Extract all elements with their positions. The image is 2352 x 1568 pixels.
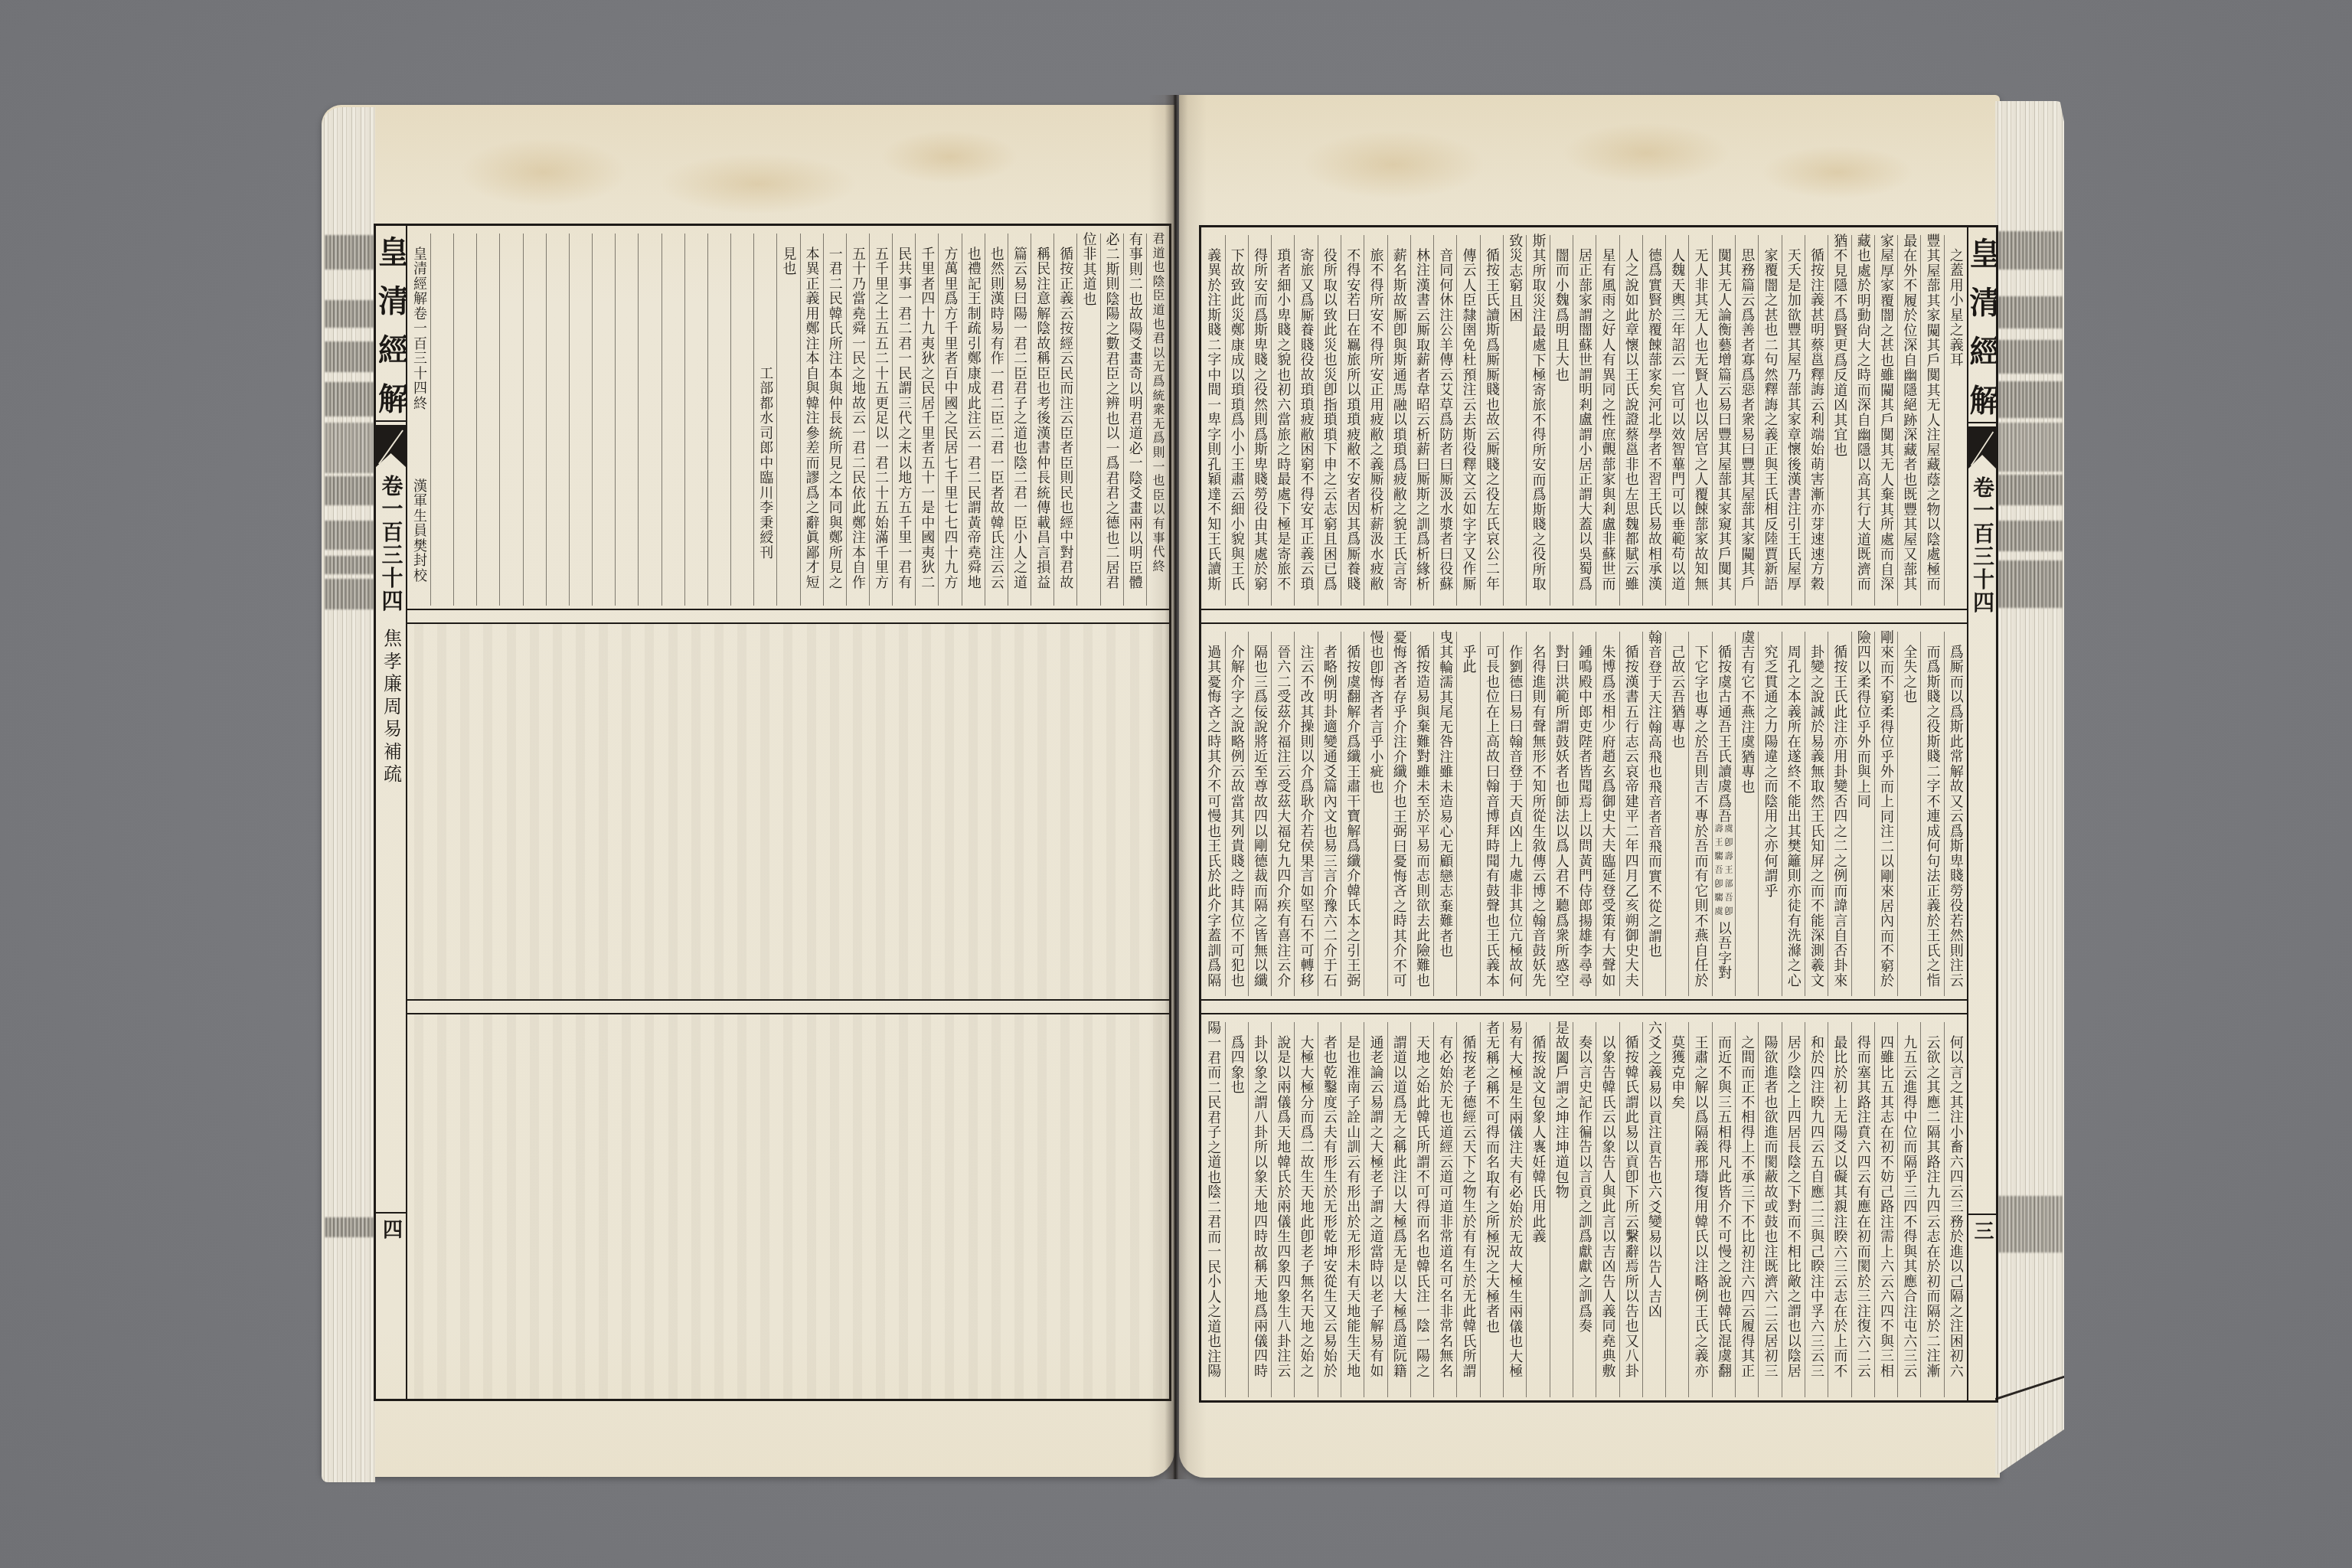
column-text: 作劉德曰易曰翰音登于天貞凶上九處非其位亢極故何 (1508, 645, 1521, 988)
left-page-lower-register-blank (407, 1013, 1169, 1399)
text-column: 皇清經解卷一百三十四終 漢軍生員樊封校 (407, 226, 430, 609)
column-text: 致災志窮且困 (1508, 234, 1521, 323)
text-column (661, 226, 684, 609)
text-column: 循按說文包象人褢妊韓氏用此義 (1526, 1014, 1549, 1400)
column-text: 傳云人臣隸圉免杜預注云去斯役釋文云如字字又作厮 (1462, 248, 1475, 592)
text-column: 天夭是加欲豐其屋乃蔀其家章懷後漢書注引王氏屋厚 (1782, 227, 1805, 609)
column-text: 斯其所取災注最處下極寄旅不得所安而爲斯賤之役所取 (1531, 234, 1545, 592)
column-text: 循按注義甚明蔡邕釋誨云利端始萌害漸亦芽速速方穀 (1809, 248, 1823, 592)
text-column: 大極大極分而爲二故生天地此卽老子無名天地之始之 (1294, 1014, 1317, 1400)
column-text: 循按虞翻解介爲纖王肅干寶解爲纖介韓氏本之引王弼 (1345, 645, 1359, 988)
text-column: 瑣者細小卑賤之貌也初六當旅之時最處下極是寄旅不 (1271, 227, 1294, 609)
text-column: 循按正義云按經云民而注云臣者臣則民也經中對君故 (1053, 226, 1076, 609)
column-text: 循按虞古通吾王氏讀虞爲吾 (1717, 645, 1730, 824)
text-column: 得而塞其路注賁六四云有應在初而閡於三注復六二云 (1851, 1014, 1874, 1400)
text-column: 家屋厚家覆闇之甚也雖闚其戶闃其无人棄其所處而自深 (1874, 227, 1897, 609)
text-column: 卦變之說誠於易義無取然王氏知屏之而不能深測羲文 (1805, 624, 1828, 999)
text-column: 循按造易與棄難對雖未至於平易而志則欲去此險難也 (1410, 624, 1433, 999)
column-text: 爲厮而以爲斯此常解故又云爲斯卑賤勞役若然則注云 (1949, 645, 1962, 988)
right-page-middle-columns: 爲厮而以爲斯此常解故又云爲斯卑賤勞役若然則注云 而爲斯賤之役斯賤二字不連成何句法… (1201, 624, 1967, 999)
text-column: 稱民注意解陰故稱臣也考後漢書仲長統傳載昌言損益 (1031, 226, 1053, 609)
text-column: 是也淮南子詮山訓云有形出於无形未有天地能生天地 (1341, 1014, 1364, 1400)
text-column: 最在外不履於位深自幽隱絕跡深藏者也既豐其屋又蔀其 (1897, 227, 1920, 609)
text-column: 位非其道也 (1076, 226, 1099, 609)
text-column (707, 226, 730, 609)
column-text: 五十乃當堯舜一民之地故云一君二民依此鄭注本自作 (851, 247, 864, 590)
text-column: 義異於注斯賤二字中間一卑字則孔穎達不知王氏讀斯 (1201, 227, 1224, 609)
column-text: 易有大極是生兩儀注夫有必始於无故大極生兩儀也大極 (1508, 1021, 1521, 1379)
left-page-center-strip: 皇清經解 卷一百三十四 焦孝廉周易補疏 四 (376, 226, 407, 1399)
column-text: 家屋厚家覆闇之甚也雖闚其戶闃其无人棄其所處而自深 (1879, 234, 1893, 592)
column-text: 寄旅又爲厮養賤役故瑣瑣疲敝困窮不得安耳正義云瑣 (1299, 248, 1313, 592)
column-text: 鍾鳴殿中郎吏陛者皆聞焉上以問黃門侍郎揚雄李尋尋 (1577, 645, 1591, 988)
text-column: 者也乾鑿度云夫有形生於无形乾坤安從生又云易始於 (1318, 1014, 1341, 1400)
column-text: 人魏天輿三年詔云一官可以效智蓽門可以垂範苟以道 (1670, 248, 1684, 592)
text-column: 朱博爲丞相少府趙玄爲御史大夫臨延登受策有大聲如 (1596, 624, 1619, 999)
column-text: 介解介字之說略例云故當其列貴賤之時其位不可犯也 (1230, 645, 1243, 988)
text-column: 旅不得所安不得所安正用疲敝之義厮役析薪汲水疲敝 (1364, 227, 1387, 609)
column-text: 四雖比五其志在初不妨己路注需上六云六四不與三相 (1879, 1035, 1893, 1379)
column-text: 是故闔戶謂之坤注坤道包物 (1554, 1021, 1568, 1200)
column-text-lower: 漢軍生員樊封校 (412, 479, 426, 583)
page-edge-ink-bleed (1999, 231, 2062, 269)
page-number-rule (376, 1212, 406, 1214)
text-column: 工部都水司郎中臨川李秉綬刊 (753, 226, 776, 609)
text-column: 下它字也專之於吾則吉不專於吾而有它則不燕自任於 (1688, 624, 1711, 999)
text-column: 說是以兩儀爲天地韓氏於兩儀生四象四象生八卦注云 (1271, 1014, 1294, 1400)
page-edge-ink-bleed (325, 521, 373, 550)
page-edge-ink-bleed (325, 476, 373, 505)
text-column: 名得進則有聲無形不知所從生敘傳云博之翰音鼓妖先 (1526, 624, 1549, 999)
page-edge-ink-bleed (325, 235, 373, 269)
page-edge-ink-bleed (325, 382, 373, 416)
paper-stain (1562, 122, 1730, 184)
column-text: 過其憂悔吝之時其介不可慢也王氏於此介字蓋訓爲隔 (1206, 645, 1220, 988)
work-title-wrap: 焦孝廉周易補疏 (376, 629, 406, 787)
column-text: 和於四注睽九四云五自應二三與己睽注中孚六三云三 (1809, 1035, 1823, 1379)
column-text: 隔也三爲佞說將近至尊故四以剛德裁而隔之皆無以纖 (1253, 645, 1266, 988)
text-column: 四雖比五其志在初不妨己路注需上六云六四不與三相 (1874, 1014, 1897, 1400)
text-column: 薪名斯故厮卽與斯通馬融以瑣瑣爲疲敝之貌王氏言寄 (1387, 227, 1410, 609)
page-number-wrap: 四 (376, 1219, 406, 1239)
text-column: 易有大極是生兩儀注夫有必始於无故大極生兩儀也大極 (1503, 1014, 1526, 1400)
page-edge-ink-bleed (325, 1217, 373, 1237)
column-text: 也然則漢時易有作一君二臣二君一臣者故韓氏注云云 (989, 247, 1003, 590)
left-page-middle-register-blank (407, 622, 1169, 1001)
book-title: 皇清經解 (376, 236, 407, 432)
page-edge-ink-bleed (1999, 423, 2062, 472)
column-text: 卦變之說誠於易義無取然王氏知屏之而不能深測羲文 (1809, 645, 1823, 988)
text-column: 六爻之義易以貢注貢告也六爻變易以告人吉凶 (1642, 1014, 1665, 1400)
column-text: 全失之也 (1902, 645, 1916, 704)
text-column: 得所安而爲斯卑賤之役然則爲斯卑賤勞役由其處於窮 (1248, 227, 1271, 609)
volume-label-wrap: 卷一百三十四 (376, 475, 406, 612)
column-text: 而近不與三五相得凡此皆介不可慢之說也韓氏混虞翻 (1717, 1035, 1730, 1379)
column-text: 循按漢書五行志云哀帝建平二年四月乙亥朔御史大夫 (1624, 645, 1638, 988)
text-column: 九五云進得中位而隔乎三四不得與其應合注屯六三云 (1897, 1014, 1920, 1400)
volume-label: 卷一百三十四 (1971, 476, 1993, 614)
right-page-upper-register: 之蓋用小星之義耳 豐其屋蔀其家闚其戶闃其无人注屋藏蔭之物以陰處極而 最在外不履於… (1201, 227, 1967, 610)
volume-label-wrap: 卷一百三十四 (1968, 476, 1996, 614)
column-text: 居少陰之上四居長陰之下對而不相比敵之謂也以陰居 (1786, 1035, 1800, 1379)
text-column: 乎此 (1456, 624, 1479, 999)
column-text: 奏以言史記作徧告以言貢之訓爲獻獻之訓爲奏 (1577, 1035, 1591, 1334)
column-text: 本異正義用鄭注本自與韓注參差而謬爲之辭眞鄙才短 (805, 247, 818, 590)
column-text: 險四以柔得位乎外而與上同 (1856, 630, 1870, 809)
column-text: 豐其屋蔀其家闚其戶闃其无人注屋藏蔭之物以陰處極而 (1926, 234, 1939, 592)
text-column: 剛來而不窮柔得位乎外而上同注二以剛來居內而不窮於 (1874, 624, 1897, 999)
text-column: 林注漢書云厮取薪者韋昭云析薪曰厮斯之訓爲析緣析 (1410, 227, 1433, 609)
column-text: 者略例明卦適變通爻篇內文也易三言介豫六二介于石 (1322, 645, 1336, 988)
column-text: 有事則二也故陽爻畫奇以明君道必一陰爻畫兩以明臣體 (1128, 232, 1142, 590)
column-text: 陽一君而二民君子之道也陰二君而一民小人之道也注陽 (1206, 1021, 1220, 1379)
page-edge-ink-bleed (1999, 560, 2062, 608)
text-column: 居少陰之上四居長陰之下對而不相比敵之謂也以陰居 (1782, 1014, 1805, 1400)
page-edge-ink-bleed (1999, 475, 2062, 505)
text-column (569, 226, 592, 609)
text-column: 而爲斯賤之役斯賤二字不連成何句法正義於王氏之恉 (1920, 624, 1943, 999)
page-edge-ink-bleed (325, 556, 373, 574)
text-column: 之蓋用小星之義耳 (1944, 227, 1967, 609)
text-column: 循按虞翻解介爲纖王肅干寶解爲纖介韓氏本之引王弼 (1341, 624, 1364, 999)
column-text: 乎此 (1462, 645, 1475, 675)
column-text: 千里者四十九夷狄之民居千里者五十一是中國夷狄二 (920, 247, 933, 590)
text-column: 循按老子德經云天下之物生於有有生於无此韓氏所謂 (1456, 1014, 1479, 1400)
text-column (453, 226, 476, 609)
page-edge-ink-bleed (325, 341, 373, 372)
text-column: 翰音登于天注翰高飛也飛音者音飛而實不從之謂也 (1642, 624, 1665, 999)
column-text: 闃其无人論衡藝增篇云易曰豐其屋蔀其家窺其戶闃其 (1717, 248, 1730, 592)
column-text: 究乏貫通之力陽違之而陰用之亦何謂乎 (1762, 645, 1776, 899)
text-column: 周孔之本義所在遂終不能出其樊籬則亦徒有洗滌之心 (1782, 624, 1805, 999)
column-text: 以象告韓氏云以象告人與此言以吉凶告人義同堯典敷 (1600, 1035, 1614, 1379)
column-text: 得而塞其路注賁六四云有應在初而閡於三注復六二云 (1856, 1035, 1870, 1379)
column-text: 慢也卽悔吝者言乎小疵也 (1368, 630, 1382, 795)
text-column: 致災志窮且困 (1503, 227, 1526, 609)
text-column: 陽欲進者也欲進而閡蔽故或鼓也注既濟六二云居初三 (1758, 1014, 1781, 1400)
text-column: 介解介字之說略例云故當其列貴賤之時其位不可犯也 (1225, 624, 1248, 999)
column-text: 剛來而不窮柔得位乎外而上同注二以剛來居內而不窮於 (1879, 630, 1893, 988)
text-column: 云欲之其應二隔其路注九四云志在於初而隔於二注漸 (1920, 1014, 1943, 1400)
text-column: 己故云吾猶專也 (1665, 624, 1688, 999)
text-column (476, 226, 499, 609)
column-text-continued: 以吾字對 (1717, 921, 1730, 981)
text-column: 方萬里爲方千里者百中國之民居七千里七七四十九方 (938, 226, 961, 609)
column-text: 循按造易與棄難對雖未至於平易而志則欲去此險難也 (1415, 645, 1429, 988)
column-text: 可長也位在上高故曰翰音博拜時聞有鼓聲也王氏義本 (1485, 645, 1498, 988)
paper-stain (1302, 130, 1485, 199)
column-text: 篇云易曰陽一君二臣君子之道也陰二君一臣小人之道 (1012, 247, 1026, 590)
column-text: 役所取以致此災也災卽指瑣瑣下申之云志窮且困已爲 (1322, 248, 1336, 592)
text-column: 也禮記王制疏引鄭康成此注云一君二民謂黃帝堯舜地 (962, 226, 985, 609)
column-text: 居正蔀家謂闇蘇世謂明剎盧謂小居正謂大蓋以吳蜀爲 (1577, 248, 1591, 592)
fishtail-mark-icon (376, 420, 406, 475)
right-page-upper-columns: 之蓋用小星之義耳 豐其屋蔀其家闚其戶闃其无人注屋藏蔭之物以陰處極而 最在外不履於… (1201, 227, 1967, 609)
column-text: 稱民注意解陰故稱臣也考後漢書仲長統傳載昌言損益 (1035, 247, 1049, 590)
page-number-rule (1968, 1214, 1996, 1215)
column-text: 名得進則有聲無形不知所從生敘傳云博之翰音鼓妖先 (1531, 645, 1545, 988)
photo-backdrop: 皇清經解 卷一百三十四 焦孝廉周易補疏 四 君道也陰臣道也君以无爲統衆无爲則一也… (0, 0, 2352, 1568)
column-text: 一君二民韓氏所注本與仲長統所見之本同與鄭所見之 (828, 247, 841, 590)
column-text: 瑣者細小卑賤之貌也初六當旅之時最處下極是寄旅不 (1276, 248, 1289, 592)
text-column: 星有風雨之好人有異同之性庶覿蔀家與剎盧非蘇世而 (1596, 227, 1619, 609)
text-column: 莫獲克申矣 (1665, 1014, 1688, 1400)
text-column: 慢也卽悔吝者言乎小疵也 (1364, 624, 1387, 999)
text-column: 鍾鳴殿中郎吏陛者皆聞焉上以問黃門侍郎揚雄李尋尋 (1573, 624, 1596, 999)
column-text: 九五云進得中位而隔乎三四不得與其應合注屯六三云 (1902, 1035, 1916, 1379)
text-column: 曳其輪濡其尾无咎注雖未造易心无顧戀志棄難者也 (1433, 624, 1456, 999)
column-text: 是也淮南子詮山訓云有形出於无形未有天地能生天地 (1345, 1035, 1359, 1379)
column-text: 薪名斯故厮卽與斯通馬融以瑣瑣爲疲敝之貌王氏言寄 (1392, 248, 1406, 592)
column-text: 民共事一君二君一民謂三代之末以地方五千里一君有 (897, 247, 910, 590)
text-column: 藏也處於明動尙大之時而深自幽隱以高其行大道既濟而 (1851, 227, 1874, 609)
text-column: 虞吉有它不燕注虞猶專也 (1735, 624, 1758, 999)
column-text: 說是以兩儀爲天地韓氏於兩儀生四象四象生八卦注云 (1276, 1035, 1289, 1379)
column-text: 音同何休注公羊傳云艾草爲防者曰厮汲水漿者曰役蘇 (1438, 248, 1452, 592)
text-column: 隔也三爲佞說將近至尊故四以剛德裁而隔之皆無以纖 (1248, 624, 1271, 999)
text-column (684, 226, 707, 609)
text-column: 豐其屋蔀其家闚其戶闃其无人注屋藏蔭之物以陰處極而 (1920, 227, 1943, 609)
column-text: 家覆闇之甚也二句然釋誨之義正與王氏相反陸賈新語 (1762, 248, 1776, 592)
text-column: 五十乃當堯舜一民之地故云一君二民依此鄭注本自作 (846, 226, 869, 609)
column-text: 王肅之解以爲隔義邢璹復用韓氏以注略例王氏之義亦 (1694, 1035, 1707, 1379)
fishtail-mark-icon (1968, 421, 1996, 476)
column-text: 循按王氏此注亦用卦變否四之二之例而諱言自否卦來 (1832, 645, 1846, 988)
text-column: 見也 (776, 226, 799, 609)
column-text: 通老論云易謂之大極老子謂之道當時以老子解易有如 (1368, 1035, 1382, 1379)
text-column: 注云不改其操則以介爲耿介若侯果言如堅石不可轉移 (1294, 624, 1317, 999)
column-text: 循按老子德經云天下之物生於有有生於无此韓氏所謂 (1462, 1035, 1475, 1379)
text-column: 可長也位在上高故曰翰音博拜時聞有鼓聲也王氏義本 (1480, 624, 1503, 999)
column-text: 循按正義云按經云民而注云臣者臣則民也經中對君故 (1058, 247, 1072, 590)
text-column: 循按虞古通吾王氏讀虞爲吾 虞卽壽王部吾卽壽王騶吾卽騶虞 以吾字對 (1712, 624, 1735, 999)
column-text: 五千里之土五五二十五更足以一君二十五始滿千里方 (874, 247, 887, 590)
column-text: 得所安而爲斯卑賤之役然則爲斯卑賤勞役由其處於窮 (1253, 248, 1266, 592)
text-column: 謂道以道爲无之稱此注以大極爲无是以大極爲道阮籍 (1387, 1014, 1410, 1400)
text-column: 闇而小魏爲明且大也 (1550, 227, 1573, 609)
text-column: 居正蔀家謂闇蘇世謂明剎盧謂小居正謂大蓋以吳蜀爲 (1573, 227, 1596, 609)
column-text: 翰音登于天注翰高飛也飛音者音飛而實不從之謂也 (1647, 630, 1661, 959)
column-text: 循按王氏讀斯爲厮厮賤也故云厮賤之役左氏哀公二年 (1485, 248, 1498, 592)
column-text: 皇清經解卷一百三十四終 (412, 247, 426, 411)
column-text: 位非其道也 (1081, 232, 1095, 307)
text-column: 奏以言史記作徧告以言貢之訓爲獻獻之訓爲奏 (1573, 1014, 1596, 1400)
column-text: 循按韓氏謂此易以貢卽下所云繫辭焉所以告也又八卦 (1624, 1035, 1638, 1379)
text-column: 之間而正不相得上不承三下不比初注六四云履得其正 (1735, 1014, 1758, 1400)
column-text: 云欲之其應二隔其路注九四云志在於初而隔於二注漸 (1926, 1035, 1939, 1379)
text-column: 斯其所取災注最處下極寄旅不得所安而爲斯賤之役所取 (1526, 227, 1549, 609)
text-column: 民共事一君二君一民謂三代之末以地方五千里一君有 (892, 226, 915, 609)
paper-stain (658, 153, 857, 214)
column-text: 陽欲進者也欲進而閡蔽故或鼓也注既濟六二云居初三 (1762, 1035, 1776, 1379)
work-title: 焦孝廉周易補疏 (382, 629, 400, 787)
text-column: 和於四注睽九四云五自應二三與己睽注中孚六三云三 (1805, 1014, 1828, 1400)
paper-stain (1761, 145, 1914, 199)
column-text: 不得安若曰在羈旅所以瑣瑣疲敝不安者因其爲厮養賤 (1345, 248, 1359, 592)
page-edge-ink-bleed (1999, 1196, 2062, 1253)
text-column: 通老論云易謂之大極老子謂之道當時以老子解易有如 (1364, 1014, 1387, 1400)
page-edge-ink-bleed (1999, 340, 2062, 374)
text-column: 本異正義用鄭注本自與韓注參差而謬爲之辭眞鄙才短 (800, 226, 823, 609)
text-column: 王肅之解以爲隔義邢璹復用韓氏以注略例王氏之義亦 (1688, 1014, 1711, 1400)
text-column: 憂悔吝者存乎介注介纖介也王弼曰憂悔吝之時其介不可 (1387, 624, 1410, 999)
right-page-center-strip: 皇清經解 卷一百三十四 三 (1967, 227, 1996, 1400)
text-column: 傳云人臣隸圉免杜預注云去斯役釋文云如字字又作厮 (1456, 227, 1479, 609)
left-page-edges (322, 107, 375, 1482)
column-text: 者也乾鑿度云夫有形生於无形乾坤安從生又云易始於 (1322, 1035, 1336, 1379)
column-text: 藏也處於明動尙大之時而深自幽隱以高其行大道既濟而 (1856, 234, 1870, 592)
column-text: 見也 (781, 247, 795, 276)
text-column: 天地之始此韓氏所謂不可得而名也韓氏注一陰一陽之 (1410, 1014, 1433, 1400)
text-column: 循按韓氏謂此易以貢卽下所云繫辭焉所以告也又八卦 (1619, 1014, 1642, 1400)
column-text: 大極大極分而爲二故生天地此卽老子無名天地之始之 (1299, 1035, 1313, 1379)
column-text: 下故致此災鄭康成以瑣瑣爲小小王肅云細小貌與王氏 (1230, 248, 1243, 592)
text-column: 人之說如此章懷以王氏說證蔡邕非也左思魏都賦云雖 (1619, 227, 1642, 609)
column-text: 對曰洪範所謂鼓妖者也師法以爲人君不聽爲衆所惑空 (1554, 645, 1568, 988)
column-text: 之蓋用小星之義耳 (1949, 248, 1962, 367)
paper-stain (880, 130, 1018, 184)
column-text: 方萬里爲方千里者百中國之民居七千里七七四十九方 (943, 247, 957, 590)
text-column: 家覆闇之甚也二句然釋誨之義正與王氏相反陸賈新語 (1758, 227, 1781, 609)
column-text: 義異於注斯賤二字中間一卑字則孔穎達不知王氏讀斯 (1206, 248, 1220, 592)
text-column: 循按注義甚明蔡邕釋誨云利端始萌害漸亦芽速速方穀 (1805, 227, 1828, 609)
text-column (615, 226, 638, 609)
inline-double-line-note: 虞卽壽王部吾卽壽王騶吾卽騶虞 (1713, 824, 1733, 921)
text-column: 爲四象也 (1225, 1014, 1248, 1400)
page-number-wrap: 三 (1968, 1220, 1996, 1240)
column-text: 闇而小魏爲明且大也 (1554, 248, 1568, 383)
text-column: 作劉德曰易曰翰音登于天貞凶上九處非其位亢極故何 (1503, 624, 1526, 999)
column-text: 必二斯則陰陽之數君臣之辨也以一爲君君之德也二居君 (1105, 232, 1119, 590)
text-column: 是故闔戶謂之坤注坤道包物 (1550, 1014, 1573, 1400)
column-text: 星有風雨之好人有異同之性庶覿蔀家與剎盧非蘇世而 (1600, 248, 1614, 592)
text-column: 有必始於无也道經云道可道非常道名可名非常名無名 (1433, 1014, 1456, 1400)
column-text: 人之說如此章懷以王氏說證蔡邕非也左思魏都賦云雖 (1624, 248, 1638, 592)
text-column: 有事則二也故陽爻畫奇以明君道必一陰爻畫兩以明臣體 (1123, 226, 1146, 609)
column-text: 有必始於无也道經云道可道非常道名可名非常名無名 (1438, 1035, 1452, 1379)
text-column: 險四以柔得位乎外而與上同 (1851, 624, 1874, 999)
text-column: 思務篇云爲善者寡爲惡者衆易曰豐其屋蔀其家闚其戶 (1735, 227, 1758, 609)
text-column: 循按漢書五行志云哀帝建平二年四月乙亥朔御史大夫 (1619, 624, 1642, 999)
column-text: 旅不得所安不得所安正用疲敝之義厮役析薪汲水疲敝 (1368, 248, 1382, 592)
text-column: 必二斯則陰陽之數君臣之辨也以一爲君君之德也二居君 (1100, 226, 1123, 609)
text-column (638, 226, 661, 609)
text-column: 全失之也 (1897, 624, 1920, 999)
text-column: 循按王氏此注亦用卦變否四之二之例而諱言自否卦來 (1828, 624, 1851, 999)
text-column: 最比於初上无陽爻以礙其親注睽六三云志在於上而不 (1828, 1014, 1851, 1400)
text-column: 寄旅又爲厮養賤役故瑣瑣疲敝困窮不得安耳正義云瑣 (1294, 227, 1317, 609)
text-column (499, 226, 522, 609)
text-column: 闃其无人論衡藝增篇云易曰豐其屋蔀其家窺其戶闃其 (1712, 227, 1735, 609)
text-column: 猶不見隱不爲賢更爲反道凶其宜也 (1828, 227, 1851, 609)
column-text: 下它字也專之於吾則吉不專於吾而有它則不燕自任於 (1694, 645, 1707, 988)
page-number: 三 (1972, 1220, 1992, 1240)
column-text: 曳其輪濡其尾无咎注雖未造易心无顧戀志棄難者也 (1438, 630, 1452, 959)
column-text: 虞吉有它不燕注虞猶專也 (1739, 630, 1753, 795)
column-text: 德爲實賢於覆餗蔀家矣河北學者不習王氏易故相承漢 (1647, 248, 1661, 592)
text-column: 五千里之土五五二十五更足以一君二十五始滿千里方 (869, 226, 892, 609)
center-strip-title-wrap: 皇清經解 (1968, 237, 1996, 433)
right-page-edges (1995, 101, 2064, 1476)
text-column: 過其憂悔吝之時其介不可慢也王氏於此介字蓋訓爲隔 (1201, 624, 1224, 999)
text-column: 德爲實賢於覆餗蔀家矣河北學者不習王氏易故相承漢 (1642, 227, 1665, 609)
right-page-middle-register: 爲厮而以爲斯此常解故又云爲斯卑賤勞役若然則注云 而爲斯賤之役斯賤二字不連成何句法… (1201, 622, 1967, 1001)
paper-stain (459, 138, 628, 207)
text-column (523, 226, 546, 609)
right-page-lower-columns: 何以言之其注小畜六四云三務於進以己隔之注困初六 云欲之其應二隔其路注九四云志在於… (1201, 1014, 1967, 1400)
column-text: 林注漢書云厮取薪者韋昭云析薪曰厮斯之訓爲析緣析 (1415, 248, 1429, 592)
text-column (592, 226, 615, 609)
page-edge-ink-bleed (1999, 296, 2062, 328)
text-column: 一君二民韓氏所注本與仲長統所見之本同與鄭所見之 (823, 226, 846, 609)
text-column: 以象告韓氏云以象告人與此言以吉凶告人義同堯典敷 (1596, 1014, 1619, 1400)
text-column: 卦以象之謂八卦所以象天地四時故稱天地爲兩儀四時 (1248, 1014, 1271, 1400)
column-text: 憂悔吝者存乎介注介纖介也王弼曰憂悔吝之時其介不可 (1392, 630, 1406, 988)
column-text: 己故云吾猶專也 (1670, 645, 1684, 750)
text-column: 役所取以致此災也災卽指瑣瑣下申之云志窮且困已爲 (1318, 227, 1341, 609)
text-column: 爲厮而以爲斯此常解故又云爲斯卑賤勞役若然則注云 (1944, 624, 1967, 999)
text-column (546, 226, 569, 609)
text-column: 者略例明卦適變通爻篇內文也易三言介豫六二介于石 (1318, 624, 1341, 999)
text-column: 下故致此災鄭康成以瑣瑣爲小小王肅云細小貌與王氏 (1225, 227, 1248, 609)
center-strip-title-wrap: 皇清經解 (376, 236, 406, 432)
right-page-lower-register: 何以言之其注小畜六四云三務於進以己隔之注困初六 云欲之其應二隔其路注九四云志在於… (1201, 1013, 1967, 1400)
column-text: 最比於初上无陽爻以礙其親注睽六三云志在於上而不 (1832, 1035, 1846, 1379)
column-text: 天地之始此韓氏所謂不可得而名也韓氏注一陰一陽之 (1415, 1035, 1429, 1379)
left-page-upper-register: 君道也陰臣道也君以无爲統衆无爲則一也臣以有事代終 有事則二也故陽爻畫奇以明君道必… (407, 226, 1169, 610)
text-column: 篇云易曰陽一君二臣君子之道也陰二君一臣小人之道 (1008, 226, 1031, 609)
text-column: 循按王氏讀斯爲厮厮賤也故云厮賤之役左氏哀公二年 (1480, 227, 1503, 609)
text-column: 者无稱之稱不可得而名取有之所極況之大極者也 (1480, 1014, 1503, 1400)
text-column: 音同何休注公羊傳云艾草爲防者曰厮汲水漿者曰役蘇 (1433, 227, 1456, 609)
text-column: 无人非其无人也无賢人也以居官之人覆餗蔀家故知無 (1688, 227, 1711, 609)
text-column: 晉六二受茲介福注云受茲大福兌九四介疾有喜注云介 (1271, 624, 1294, 999)
text-column: 千里者四十九夷狄之民居千里者五十一是中國夷狄二 (915, 226, 938, 609)
column-text: 而爲斯賤之役斯賤二字不連成何句法正義於王氏之恉 (1926, 645, 1939, 988)
column-text: 猶不見隱不爲賢更爲反道凶其宜也 (1832, 234, 1846, 458)
column-text: 思務篇云爲善者寡爲惡者衆易曰豐其屋蔀其家闚其戶 (1739, 248, 1753, 592)
page-edge-ink-bleed (325, 423, 373, 473)
page-edge-ink-bleed (1999, 521, 2062, 551)
volume-label: 卷一百三十四 (381, 475, 402, 612)
column-text: 謂道以道爲无之稱此注以大極爲无是以大極爲道阮籍 (1392, 1035, 1406, 1379)
column-text: 最在外不履於位深自幽隱絕跡深藏者也既豐其屋又蔀其 (1902, 234, 1916, 592)
column-text: 循按說文包象人褢妊韓氏用此義 (1531, 1035, 1545, 1244)
left-page-middle-columns (407, 624, 1169, 999)
column-text: 爲四象也 (1230, 1035, 1243, 1095)
text-column: 陽一君而二民君子之道也陰二君而一民小人之道也注陽 (1201, 1014, 1224, 1400)
column-text: 注云不改其操則以介爲耿介若侯果言如堅石不可轉移 (1299, 645, 1313, 988)
page-edge-frame-line (1995, 1375, 2066, 1400)
text-column (730, 226, 753, 609)
column-text: 莫獲克申矣 (1670, 1035, 1684, 1110)
text-column: 對曰洪範所謂鼓妖者也師法以爲人君不聽爲衆所惑空 (1550, 624, 1573, 999)
left-page-upper-columns: 君道也陰臣道也君以无爲統衆无爲則一也臣以有事代終 有事則二也故陽爻畫奇以明君道必… (407, 226, 1169, 609)
page-edge-ink-bleed (325, 579, 373, 609)
page-edge-ink-bleed (1999, 381, 2062, 418)
column-text: 无人非其无人也无賢人也以居官之人覆餗蔀家故知無 (1694, 248, 1707, 592)
book-title: 皇清經解 (1967, 237, 1996, 433)
column-text: 之間而正不相得上不承三下不比初注六四云履得其正 (1739, 1035, 1753, 1379)
column-text: 晉六二受茲介福注云受茲大福兌九四介疾有喜注云介 (1276, 645, 1289, 988)
text-column: 不得安若曰在羈旅所以瑣瑣疲敝不安者因其爲厮養賤 (1341, 227, 1364, 609)
text-column: 人魏天輿三年詔云一官可以效智蓽門可以垂範苟以道 (1665, 227, 1688, 609)
left-page-lower-columns (407, 1014, 1169, 1399)
text-column (430, 226, 453, 609)
column-text: 者无稱之稱不可得而名取有之所極況之大極者也 (1485, 1021, 1498, 1334)
column-text: 卦以象之謂八卦所以象天地四時故稱天地爲兩儀四時 (1253, 1035, 1266, 1379)
column-text: 朱博爲丞相少府趙玄爲御史大夫臨延登受策有大聲如 (1600, 645, 1614, 988)
